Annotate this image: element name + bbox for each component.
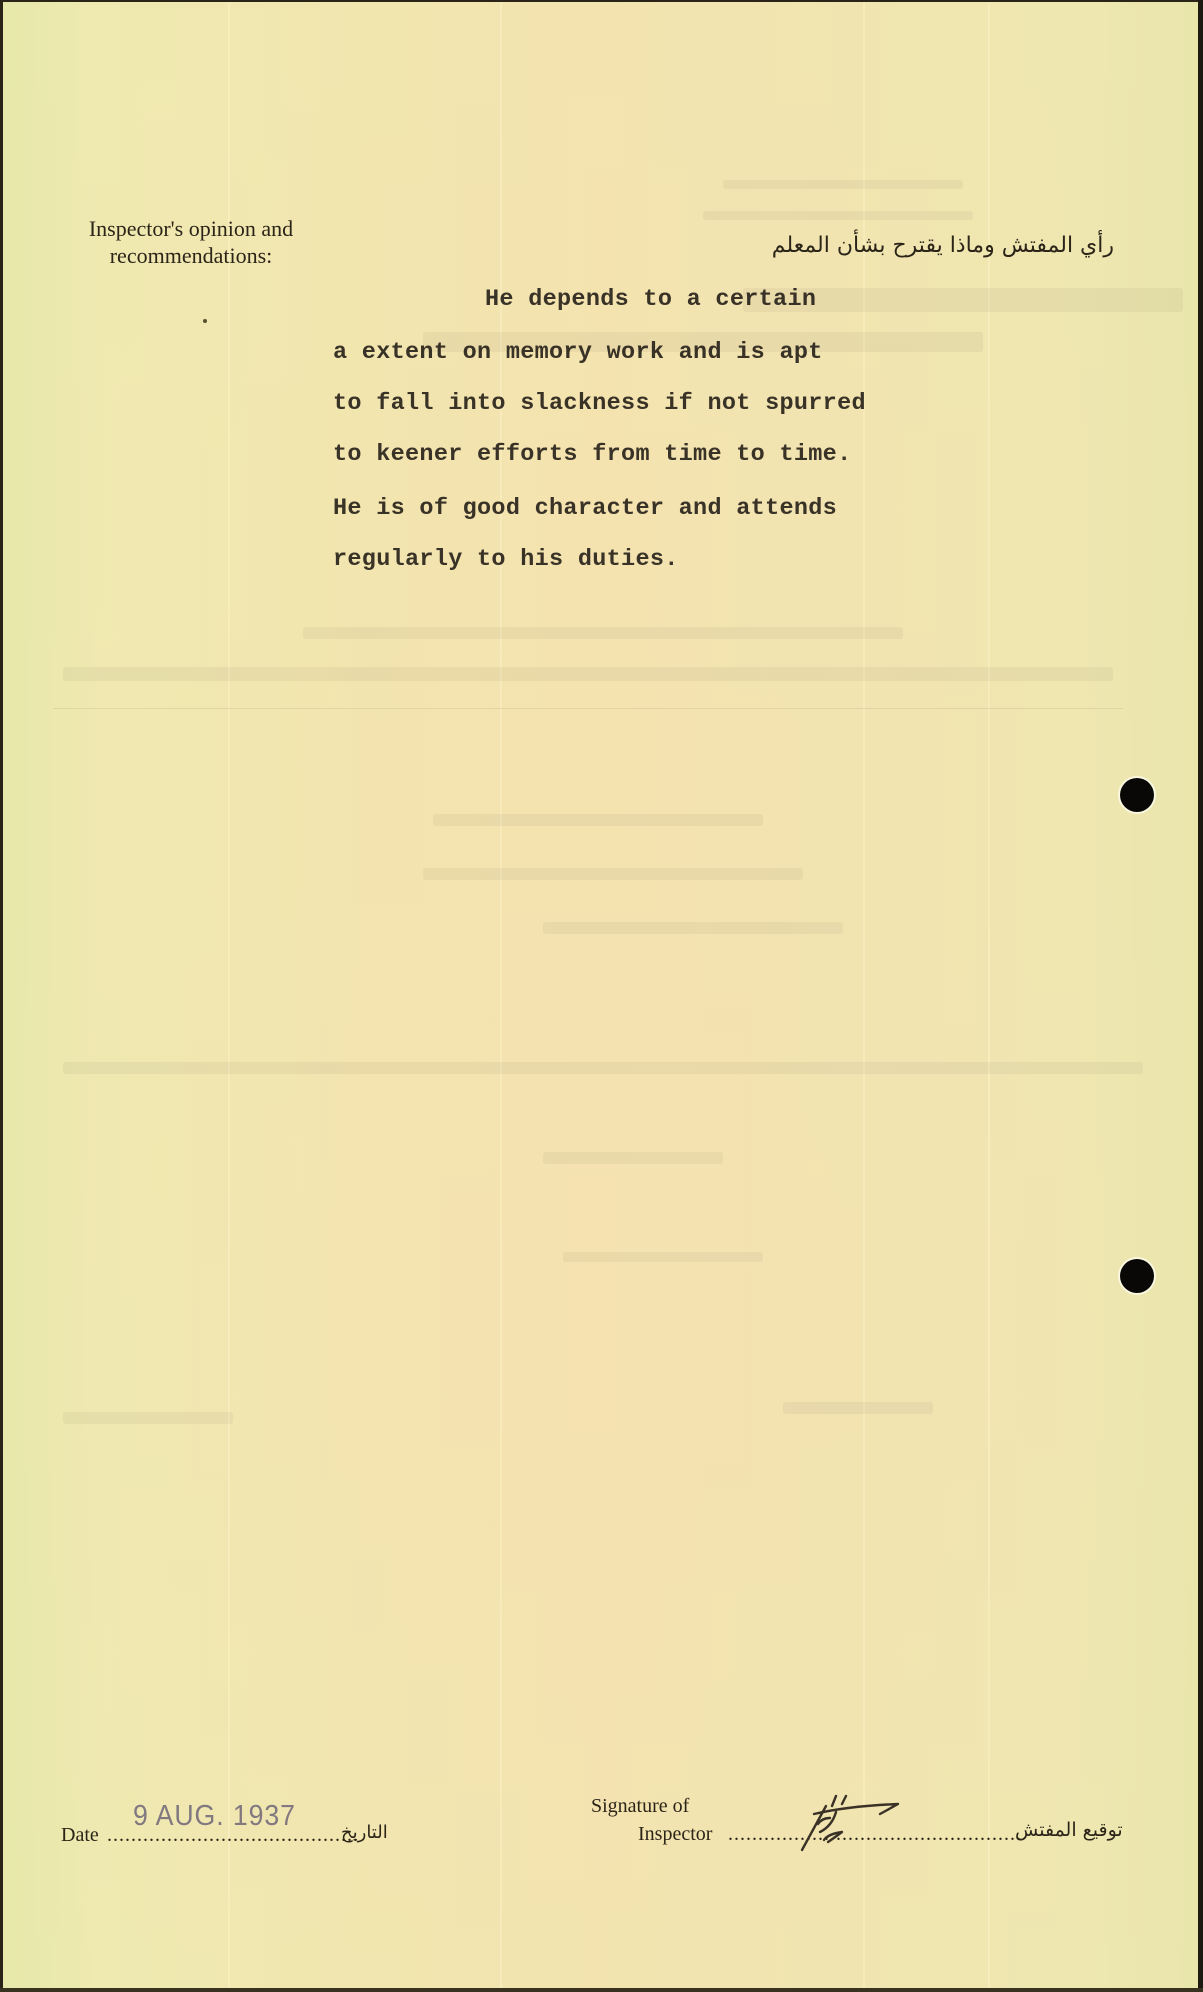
date-stamp: 9 AUG. 1937 bbox=[133, 1800, 296, 1833]
bleed-through bbox=[723, 180, 963, 189]
opinion-line: to fall into slackness if not spurred bbox=[333, 390, 866, 417]
date-label-arabic: التاريخ bbox=[341, 1822, 388, 1843]
paper-streak bbox=[228, 2, 230, 1988]
bleed-through bbox=[63, 667, 1113, 681]
document-page: Inspector's opinion and recommendations:… bbox=[3, 2, 1198, 1988]
bleed-through bbox=[63, 1412, 233, 1424]
date-label: Date bbox=[61, 1824, 99, 1847]
signature-label-line-1: Signature of bbox=[591, 1795, 689, 1818]
bleed-through bbox=[433, 814, 763, 826]
label-line-1: Inspector's opinion and bbox=[61, 215, 321, 242]
punch-hole bbox=[1120, 1259, 1154, 1293]
bleed-through bbox=[543, 1152, 723, 1164]
opinion-line: to keener efforts from time to time. bbox=[333, 441, 851, 468]
scan-edge-bottom bbox=[0, 1988, 1203, 1992]
opinion-line: He is of good character and attends bbox=[333, 495, 837, 522]
signature-label-line-2: Inspector bbox=[638, 1823, 712, 1846]
bleed-through bbox=[63, 1062, 1143, 1074]
inspector-opinion-label: Inspector's opinion and recommendations: bbox=[61, 215, 321, 269]
label-line-2: recommendations: bbox=[61, 242, 321, 269]
bleed-through bbox=[783, 1402, 933, 1414]
opinion-line: regularly to his duties. bbox=[333, 546, 679, 573]
opinion-line: He depends to a certain bbox=[485, 286, 816, 313]
punch-hole bbox=[1120, 778, 1154, 812]
scan-edge-right bbox=[1198, 0, 1203, 1992]
opinion-line: a extent on memory work and is apt bbox=[333, 339, 823, 366]
inspector-opinion-label-arabic: رأي المفتش وماذا يقترح بشأن المعلم bbox=[772, 233, 1114, 258]
bleed-through bbox=[423, 868, 803, 880]
bleed-through bbox=[53, 708, 1123, 709]
paper-speck bbox=[203, 319, 207, 323]
handwritten-signature-icon bbox=[798, 1792, 903, 1854]
bleed-through bbox=[303, 627, 903, 639]
bleed-through bbox=[543, 922, 843, 934]
bleed-through bbox=[703, 211, 973, 220]
bleed-through bbox=[563, 1252, 763, 1262]
signature-label-arabic: توقيع المفتش bbox=[1015, 1819, 1123, 1841]
